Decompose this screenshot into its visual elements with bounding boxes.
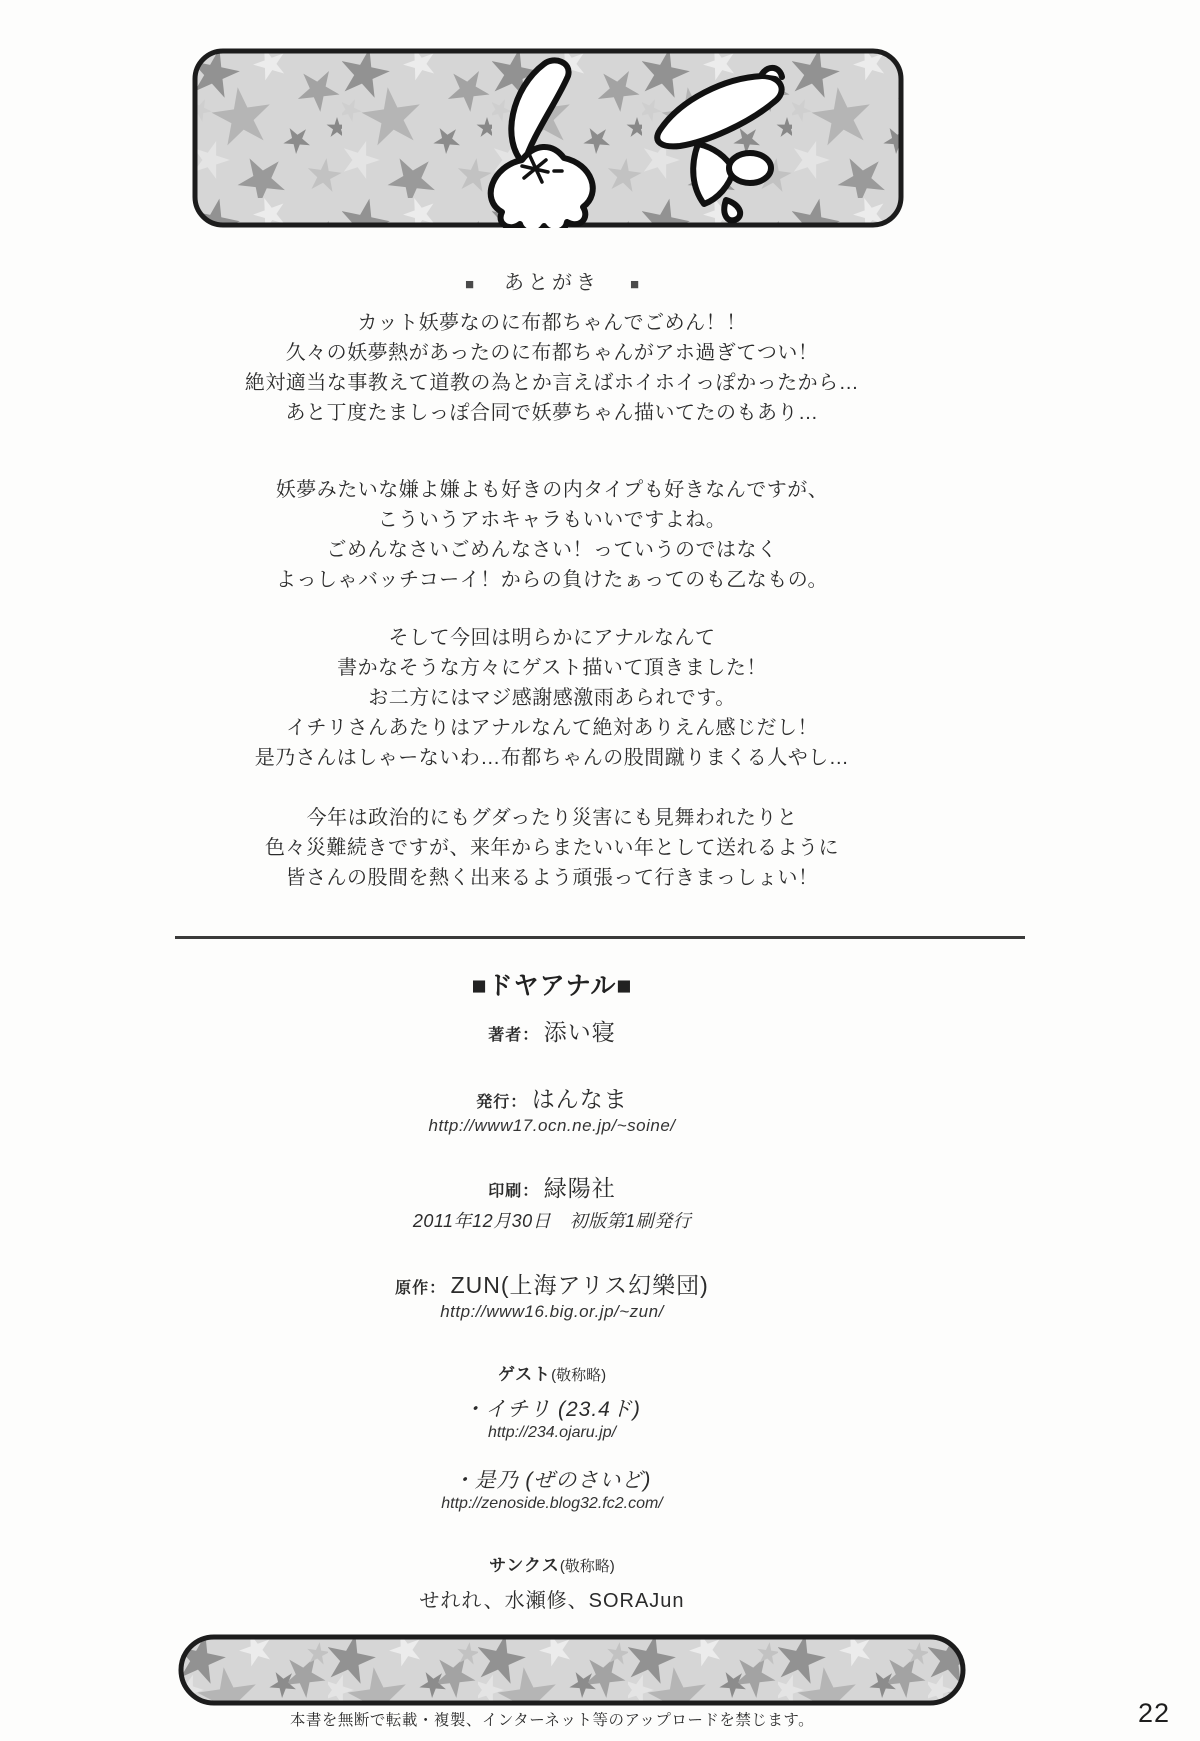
original-name: ZUN(上海アリス幻樂団) [451, 1272, 709, 1298]
guest-heading-text: ゲスト [498, 1365, 551, 1384]
guest-url: http://zenoside.blog32.fc2.com/ [0, 1495, 1104, 1513]
text-line: 久々の妖夢熱があったのに布都ちゃんがアホ過ぎてつい！ [0, 338, 1104, 368]
printer-name: 緑陽社 [544, 1175, 616, 1201]
afterword-paragraph: 妖夢みたいな嫌よ嫌よも好きの内タイプも好きなんですが、 こういうアホキャラもいい… [0, 475, 1104, 595]
text-line: こういうアホキャラもいいですよね。 [0, 505, 1104, 535]
text-line: 妖夢みたいな嫌よ嫌よも好きの内タイプも好きなんですが、 [0, 475, 1104, 505]
text-line: カット妖夢なのに布都ちゃんでごめん！！ [0, 308, 1104, 338]
notice-line: 本書を無断で転載・複製、インターネット等のアップロードを禁じます。 [0, 1708, 1104, 1730]
text-line: よっしゃバッチコーイ！からの負けたぁってのも乙なもの。 [0, 565, 1104, 595]
square-marker-left: ■ [465, 276, 474, 293]
publisher-name: はんなま [532, 1086, 628, 1112]
text-line: 皆さんの股間を熱く出来るよう頑張って行きまっしょい！ [0, 863, 1104, 893]
afterword-paragraph: そして今回は明らかにアナルなんて 書かなそうな方々にゲスト描いて頂きました！ お… [0, 623, 1104, 773]
afterword-paragraph: カット妖夢なのに布都ちゃんでごめん！！ 久々の妖夢熱があったのに布都ちゃんがアホ… [0, 308, 1104, 428]
footer-banner-art [178, 1634, 966, 1706]
guest-name: ・イチリ (23.4ド) [0, 1393, 1104, 1423]
text-line: イチリさんあたりはアナルなんて絶対ありえん感じだし！ [0, 713, 1104, 743]
thanks-heading: サンクス(敬称略) [0, 1551, 1104, 1576]
text-line: 是乃さんはしゃーないわ…布都ちゃんの股間蹴りまくる人やし… [0, 743, 1104, 773]
afterword-heading-text: あとがき [504, 272, 600, 294]
section-divider [175, 936, 1025, 939]
scanned-page: ■あとがき■ カット妖夢なのに布都ちゃんでごめん！！ 久々の妖夢熱があったのに布… [0, 0, 1200, 1741]
guest-url: http://234.ojaru.jp/ [0, 1424, 1104, 1442]
text-line: 色々災難続きですが、来年からまたいい年として送れるように [0, 833, 1104, 863]
square-marker-right: ■ [630, 276, 639, 293]
afterword-paragraph: 今年は政治的にもグダったり災害にも見舞われたりと 色々災難続きですが、来年からま… [0, 803, 1104, 893]
author-name: 添い寝 [544, 1019, 616, 1045]
publisher-label: 発行： [476, 1094, 527, 1111]
printer-label: 印刷： [488, 1183, 539, 1200]
text-line: 絶対適当な事教えて道教の為とか言えばホイホイっぽかったから… [0, 368, 1104, 398]
thanks-heading-note: (敬称略) [560, 1558, 615, 1575]
header-banner [192, 48, 904, 228]
original-work-block: 原作： ZUN(上海アリス幻樂団) http://www16.big.or.jp… [0, 1267, 1104, 1322]
author-label: 著者： [488, 1027, 539, 1044]
printer-block: 印刷： 緑陽社 2011年12月30日 初版第1刷発行 [0, 1170, 1104, 1233]
original-label: 原作： [395, 1280, 446, 1297]
text-line: ごめんなさいごめんなさい！っていうのではなく [0, 535, 1104, 565]
guest-heading: ゲスト(敬称略) [0, 1360, 1104, 1385]
publisher-block: 発行： はんなま http://www17.ocn.ne.jp/~soine/ [0, 1081, 1104, 1136]
footer-banner [178, 1634, 966, 1706]
author-line: 著者： 添い寝 [0, 1014, 1104, 1047]
doujin-title: ■ドヤアナル■ [0, 966, 1104, 1002]
header-banner-art [192, 48, 904, 228]
print-date: 2011年12月30日 初版第1刷発行 [0, 1207, 1104, 1233]
guest-heading-note: (敬称略) [551, 1367, 606, 1384]
colophon: ■ドヤアナル■ 著者： 添い寝 発行： はんなま http://www17.oc… [0, 966, 1104, 1730]
text-line: そして今回は明らかにアナルなんて [0, 623, 1104, 653]
thanks-heading-text: サンクス [489, 1556, 560, 1575]
text-line: 今年は政治的にもグダったり災害にも見舞われたりと [0, 803, 1104, 833]
publisher-url: http://www17.ocn.ne.jp/~soine/ [0, 1116, 1104, 1136]
afterword-heading: ■あとがき■ [0, 266, 1104, 295]
guest-name: ・是乃 (ぜのさいど) [0, 1464, 1104, 1494]
page-number: 22 [1138, 1698, 1170, 1729]
original-url: http://www16.big.or.jp/~zun/ [0, 1302, 1104, 1322]
text-line: あと丁度たましっぽ合同で妖夢ちゃん描いてたのもあり… [0, 398, 1104, 428]
thanks-names: せれれ、水瀬修、SORAJun [0, 1584, 1104, 1613]
text-line: お二方にはマジ感謝感激雨あられです。 [0, 683, 1104, 713]
text-line: 書かなそうな方々にゲスト描いて頂きました！ [0, 653, 1104, 683]
